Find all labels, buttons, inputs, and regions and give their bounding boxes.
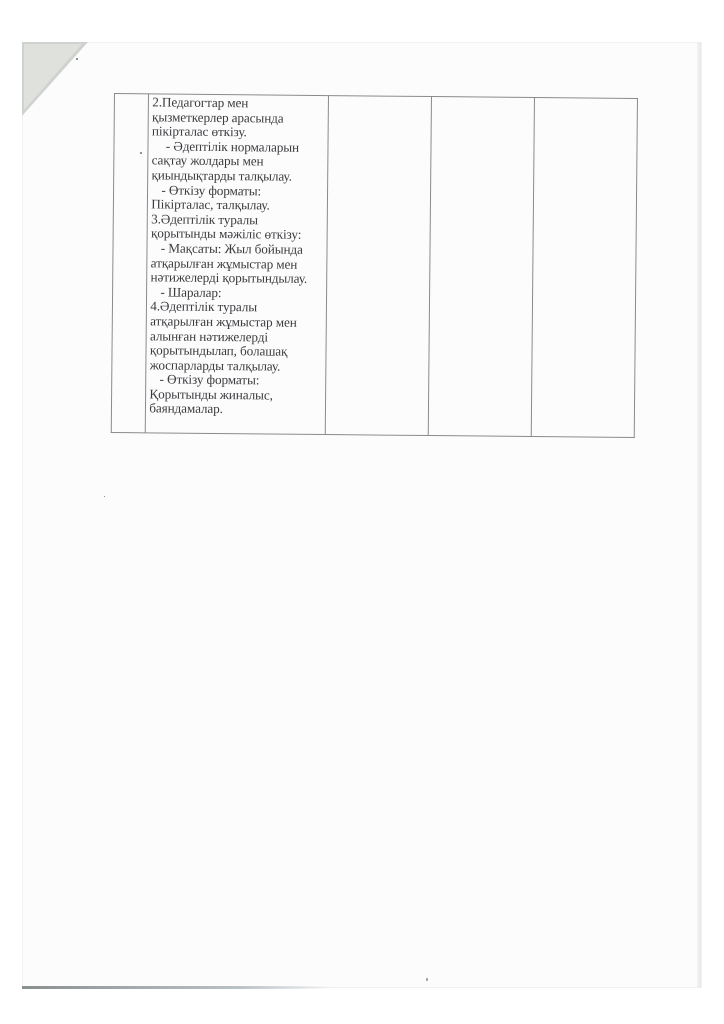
content-cell: 2.Педагогтар менқызметкерлер арасындапік… — [146, 94, 329, 435]
scan-speck — [104, 496, 105, 497]
number-cell — [111, 94, 149, 433]
empty-cell-5 — [531, 98, 637, 438]
empty-cell-3 — [325, 96, 431, 436]
scan-speck — [426, 978, 428, 981]
folded-corner-shade — [24, 44, 82, 110]
page-edge-right — [697, 42, 701, 988]
empty-cell-4 — [428, 97, 534, 437]
page-edge-bottom — [22, 986, 332, 989]
table-row: 2.Педагогтар менқызметкерлер арасындапік… — [111, 94, 637, 438]
scan-speck — [76, 58, 78, 60]
content-lines: 2.Педагогтар менқызметкерлер арасындапік… — [149, 95, 324, 418]
plan-table: 2.Педагогтар менқызметкерлер арасындапік… — [111, 93, 638, 438]
content-line: баяндамалар. — [149, 402, 321, 418]
